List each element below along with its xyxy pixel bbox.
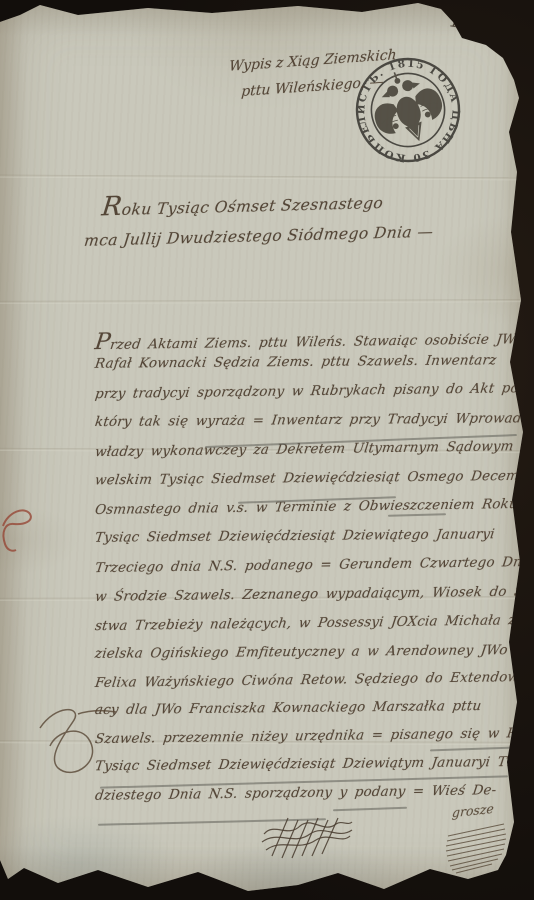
underline-stroke bbox=[333, 807, 407, 812]
body-line: Przed Aktami Ziems. pttu Wileńs. Stawaią… bbox=[93, 323, 534, 355]
body-line: Rafał Kownacki Sędzia Ziems. pttu Szawel… bbox=[94, 353, 497, 372]
signature-scribble bbox=[258, 812, 358, 860]
body-line: welskim Tysiąc Siedmset Dziewięćdziesiąt… bbox=[94, 469, 534, 489]
body-line: władzy wykonawczey za Dekretem Ultymarny… bbox=[94, 439, 534, 460]
red-margin-mark bbox=[0, 492, 38, 566]
fold-crease bbox=[0, 299, 534, 304]
document-paper: 1 ЛИСТЪ. 1815 ГОДА ЦѢНА 30 КОПѢЕКЪ bbox=[0, 0, 534, 900]
body-line: dziestego Dnia N.S. sporządzony y podany… bbox=[94, 783, 497, 804]
margin-paraph bbox=[28, 698, 124, 790]
body-line: acy dla JWo Franciszka Kownackiego Marsz… bbox=[94, 699, 482, 718]
body-line: przy tradycyi sporządzony w Rubrykach pi… bbox=[94, 381, 534, 402]
body-line: Trzeciego dnia N.S. podanego = Gerundem … bbox=[94, 555, 534, 576]
page-number: 1 bbox=[448, 11, 461, 31]
body-line: który tak się wyraża = Inwentarz przy Tr… bbox=[94, 411, 534, 430]
fold-crease bbox=[0, 175, 534, 181]
scanned-document: 1 ЛИСТЪ. 1815 ГОДА ЦѢНА 30 КОПѢЕКЪ bbox=[0, 0, 534, 900]
body-line: Tysiąc Siedmset Dziewięćdziesiąt Dziewią… bbox=[94, 755, 534, 775]
body-line: Osmnastego dnia v.s. w Terminie z Obwies… bbox=[94, 497, 519, 518]
body-line: stwa Trzebieży należących, w Possessyi J… bbox=[94, 613, 534, 634]
underline-stroke bbox=[430, 747, 514, 752]
hatch-flourish bbox=[442, 818, 514, 880]
body-line: Tysiąc Siedmset Dziewięćdziesiąt Dziewią… bbox=[94, 527, 496, 546]
body-line: w Środzie Szawels. Zeznanego wypadaiącym… bbox=[94, 584, 534, 605]
dateline: Roku Tysiąc Ośmset Szesnastego mca Julli… bbox=[96, 184, 438, 256]
body-line: Szawels. przezemnie niżey urzędnika = pi… bbox=[94, 726, 534, 747]
body-line: Felixa Ważyńskiego Ciwóna Retow. Sędzieg… bbox=[94, 670, 525, 691]
body-line: zielska Ogińskiego Emfiteutyczney a w Ar… bbox=[94, 643, 509, 662]
strikethrough-stroke bbox=[388, 513, 446, 517]
